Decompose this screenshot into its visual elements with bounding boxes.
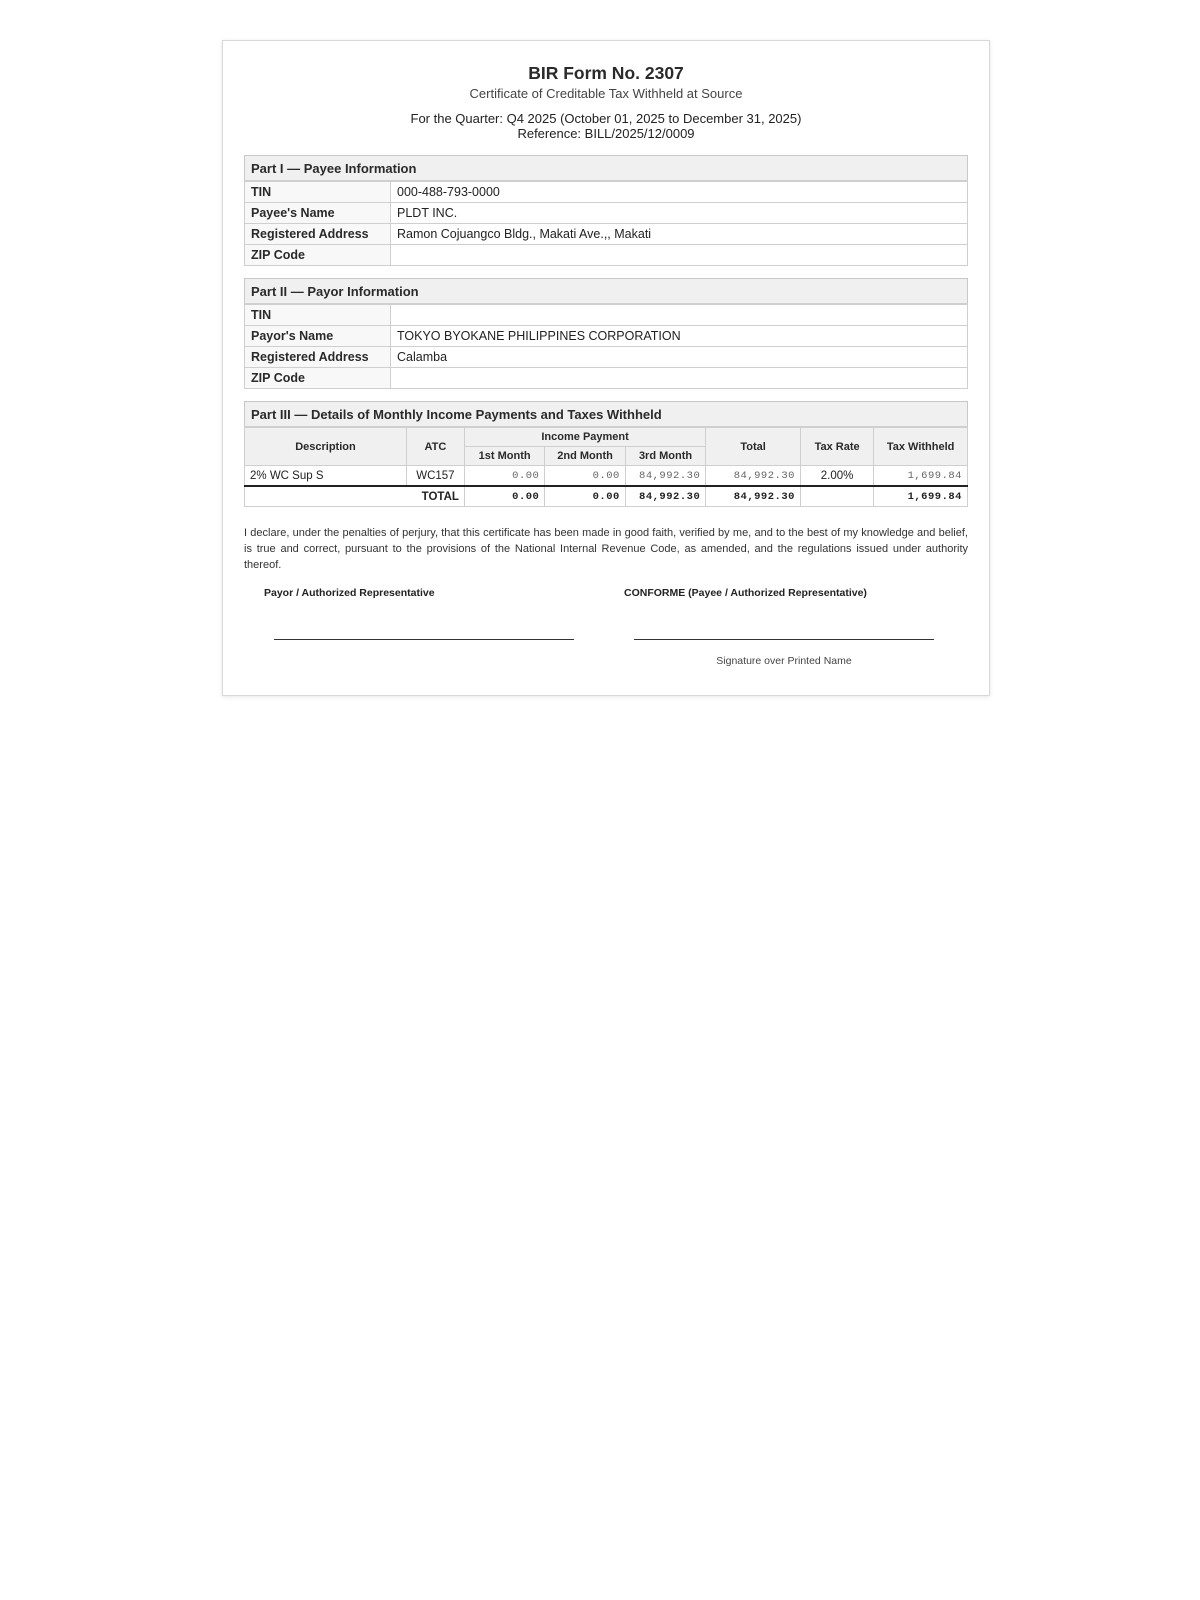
col-atc: ATC [406, 427, 464, 466]
col-description: Description [245, 427, 407, 466]
table-row: Registered Address Ramon Cojuangco Bldg.… [245, 224, 968, 245]
part1-heading: Part I — Payee Information [245, 156, 968, 182]
row-atc: WC157 [406, 466, 464, 487]
form-title: BIR Form No. 2307 [244, 62, 968, 84]
payee-name-label: Payee's Name [245, 203, 391, 224]
payee-signature-block: CONFORME (Payee / Authorized Representat… [624, 587, 944, 599]
part3-heading: Part III — Details of Monthly Income Pay… [245, 402, 968, 428]
col-tax-withheld: Tax Withheld [874, 427, 968, 466]
row-description: 2% WC Sup S [245, 466, 407, 487]
payee-signature-caption: Signature over Printed Name [634, 655, 934, 667]
table-row: TIN [245, 304, 968, 326]
payee-zip-label: ZIP Code [245, 245, 391, 266]
payor-name-label: Payor's Name [245, 326, 391, 347]
totals-tax-withheld: 1,699.84 [874, 486, 968, 507]
table-row: ZIP Code [245, 368, 968, 389]
row-month3: 84,992.30 [625, 466, 705, 487]
totals-month3: 84,992.30 [625, 486, 705, 507]
payee-tin-value: 000-488-793-0000 [391, 181, 968, 203]
totals-month1: 0.00 [464, 486, 544, 507]
payor-name-value: TOKYO BYOKANE PHILIPPINES CORPORATION [391, 326, 968, 347]
payee-tin-label: TIN [245, 181, 391, 203]
row-tax-rate: 2.00% [800, 466, 873, 487]
quarter-period: For the Quarter: Q4 2025 (October 01, 20… [244, 111, 968, 126]
payor-address-label: Registered Address [245, 347, 391, 368]
col-tax-rate: Tax Rate [800, 427, 873, 466]
payee-zip-value [391, 245, 968, 266]
row-total: 84,992.30 [706, 466, 801, 487]
totals-total: 84,992.30 [706, 486, 801, 507]
payee-signature-line [634, 639, 934, 640]
payee-signature-label: CONFORME (Payee / Authorized Representat… [624, 587, 944, 599]
table-row: ZIP Code [245, 245, 968, 266]
payee-address-value: Ramon Cojuangco Bldg., Makati Ave.,, Mak… [391, 224, 968, 245]
payor-signature-label: Payor / Authorized Representative [264, 587, 584, 599]
bir-form-2307-document: BIR Form No. 2307 Certificate of Credita… [222, 40, 990, 696]
col-month2: 2nd Month [545, 447, 625, 466]
totals-month2: 0.00 [545, 486, 625, 507]
part2-heading: Part II — Payor Information [245, 279, 968, 305]
col-month3: 3rd Month [625, 447, 705, 466]
form-subtitle: Certificate of Creditable Tax Withheld a… [244, 85, 968, 103]
totals-label: TOTAL [245, 486, 465, 507]
payor-zip-value [391, 368, 968, 389]
payee-address-label: Registered Address [245, 224, 391, 245]
table-row: TIN 000-488-793-0000 [245, 181, 968, 203]
totals-row: TOTAL 0.00 0.00 84,992.30 84,992.30 1,69… [245, 486, 968, 507]
totals-tax-rate [800, 486, 873, 507]
table-row: 2% WC Sup S WC157 0.00 0.00 84,992.30 84… [245, 466, 968, 487]
payor-zip-label: ZIP Code [245, 368, 391, 389]
payor-tin-value [391, 304, 968, 326]
payee-name-value: PLDT INC. [391, 203, 968, 224]
perjury-declaration: I declare, under the penalties of perjur… [244, 525, 968, 573]
payor-signature-line [274, 639, 574, 640]
form-header: BIR Form No. 2307 Certificate of Credita… [244, 62, 968, 141]
reference-number: Reference: BILL/2025/12/0009 [244, 126, 968, 141]
table-row: Payee's Name PLDT INC. [245, 203, 968, 224]
payor-information-table: Part II — Payor Information TIN Payor's … [244, 278, 968, 389]
row-month2: 0.00 [545, 466, 625, 487]
col-income-payment: Income Payment [464, 427, 705, 447]
table-row: Registered Address Calamba [245, 347, 968, 368]
row-month1: 0.00 [464, 466, 544, 487]
payor-address-value: Calamba [391, 347, 968, 368]
col-total: Total [706, 427, 801, 466]
income-payments-table: Part III — Details of Monthly Income Pay… [244, 401, 968, 507]
col-month1: 1st Month [464, 447, 544, 466]
row-tax-withheld: 1,699.84 [874, 466, 968, 487]
signature-area: Payor / Authorized Representative CONFOR… [244, 587, 968, 697]
payee-information-table: Part I — Payee Information TIN 000-488-7… [244, 155, 968, 266]
payor-signature-block: Payor / Authorized Representative [264, 587, 584, 599]
payor-tin-label: TIN [245, 304, 391, 326]
table-row: Payor's Name TOKYO BYOKANE PHILIPPINES C… [245, 326, 968, 347]
